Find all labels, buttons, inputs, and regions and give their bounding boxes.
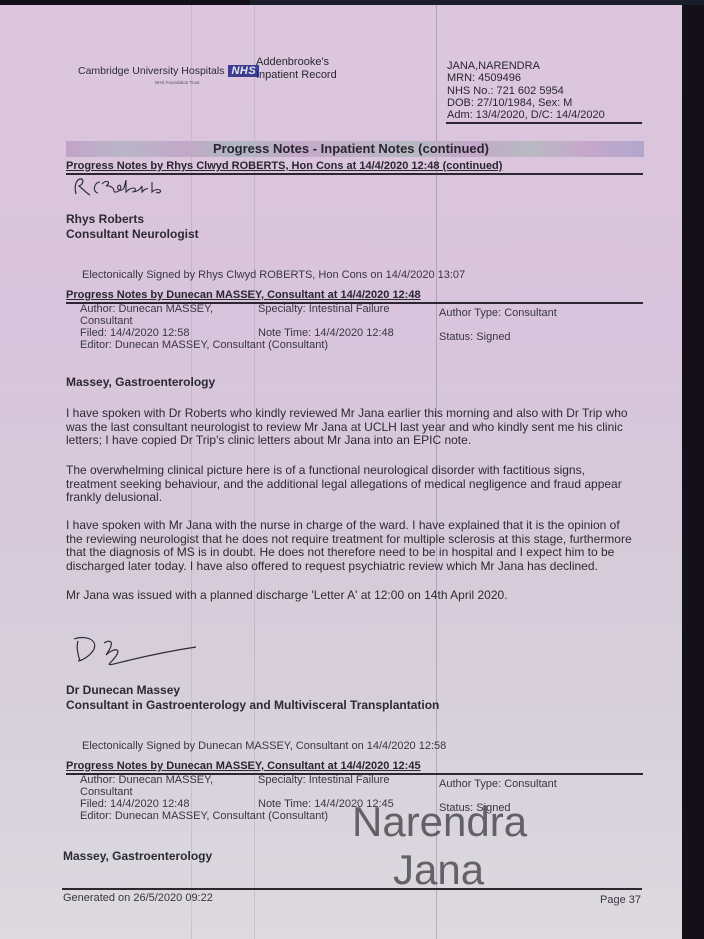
- note-specialty: Specialty: Intestinal Failure: [258, 303, 389, 315]
- note-paragraph: Mr Jana was issued with a planned discha…: [66, 589, 508, 603]
- watermark-line-1: Narendra: [352, 798, 527, 846]
- note-heading: Massey, Gastroenterology: [66, 376, 215, 390]
- patient-name: JANA,NARENDRA: [447, 60, 605, 72]
- note-author-role: Consultant: [80, 786, 328, 798]
- text-line: The overwhelming clinical picture here i…: [66, 464, 622, 478]
- note-specialty: Specialty: Intestinal Failure: [258, 774, 389, 786]
- text-line: I have spoken with Mr Jana with the nurs…: [66, 519, 632, 533]
- page-number: Page 37: [600, 894, 641, 906]
- header-divider: [446, 122, 642, 124]
- patient-nhs-number: NHS No.: 721 602 5954: [447, 85, 605, 97]
- note-editor: Editor: Dunecan MASSEY, Consultant (Cons…: [80, 339, 328, 351]
- esignature-line: Electonically Signed by Rhys Clwyd ROBER…: [82, 269, 465, 281]
- note-title: Progress Notes by Dunecan MASSEY, Consul…: [66, 760, 421, 772]
- org-logo: Cambridge University HospitalsNHS: [78, 65, 259, 77]
- generated-date: Generated on 26/5/2020 09:22: [63, 892, 213, 904]
- signer-name: Dr Dunecan Massey: [66, 683, 439, 698]
- note-paragraph: The overwhelming clinical picture here i…: [66, 464, 622, 505]
- text-line: letters; I have copied Dr Trip's clinic …: [66, 434, 628, 448]
- section-band-title: Progress Notes - Inpatient Notes (contin…: [213, 141, 489, 156]
- note-title: Progress Notes by Rhys Clwyd ROBERTS, Ho…: [66, 160, 502, 172]
- note-author-type: Author Type: Consultant: [439, 307, 557, 319]
- nhs-logo-icon: NHS: [228, 65, 259, 77]
- text-line: Mr Jana was issued with a planned discha…: [66, 589, 508, 603]
- handwritten-signature-roberts-icon: [70, 174, 180, 200]
- patient-dob: DOB: 27/10/1984, Sex: M: [447, 97, 605, 109]
- watermark-line-2: Jana: [393, 846, 484, 894]
- note-status: Status: Signed: [439, 331, 511, 343]
- note-time: Note Time: 14/4/2020 12:48: [258, 327, 394, 339]
- patient-info: JANA,NARENDRA MRN: 4509496 NHS No.: 721 …: [447, 60, 605, 121]
- signer-block: Dr Dunecan Massey Consultant in Gastroen…: [66, 683, 439, 713]
- text-line: treatment seeking behaviour, and the add…: [66, 478, 622, 492]
- text-line: that the diagnosis of MS is in doubt. He…: [66, 546, 632, 560]
- footer-divider: [62, 888, 642, 890]
- signer-block: Rhys Roberts Consultant Neurologist: [66, 212, 199, 242]
- document-page: Cambridge University HospitalsNHS NHS Fo…: [0, 5, 682, 939]
- note-paragraph: I have spoken with Dr Roberts who kindly…: [66, 407, 628, 448]
- text-line: was the last consultant neurologist to r…: [66, 421, 628, 435]
- note-editor: Editor: Dunecan MASSEY, Consultant (Cons…: [80, 810, 328, 822]
- signer-role: Consultant Neurologist: [66, 227, 199, 242]
- patient-admission: Adm: 13/4/2020, D/C: 14/4/2020: [447, 109, 605, 121]
- text-line: discharged later today. I have also offe…: [66, 560, 632, 574]
- note-heading: Massey, Gastroenterology: [63, 850, 212, 864]
- signer-name: Rhys Roberts: [66, 212, 199, 227]
- note-author-type: Author Type: Consultant: [439, 778, 557, 790]
- note-author-role: Consultant: [80, 315, 328, 327]
- org-name: Cambridge University Hospitals: [78, 65, 224, 77]
- record-line-2: Inpatient Record: [256, 69, 337, 82]
- record-type: Addenbrooke's Inpatient Record: [256, 56, 337, 82]
- nhs-trust-label: NHS Foundation Trust: [155, 80, 200, 85]
- note-title: Progress Notes by Dunecan MASSEY, Consul…: [66, 289, 421, 301]
- text-line: frankly delusional.: [66, 491, 622, 505]
- note-paragraph: I have spoken with Mr Jana with the nurs…: [66, 519, 632, 573]
- signer-role: Consultant in Gastroenterology and Multi…: [66, 698, 439, 713]
- esignature-line: Electonically Signed by Dunecan MASSEY, …: [82, 740, 446, 752]
- record-line-1: Addenbrooke's: [256, 56, 337, 69]
- patient-mrn: MRN: 4509496: [447, 72, 605, 84]
- text-line: I have spoken with Dr Roberts who kindly…: [66, 407, 628, 421]
- handwritten-signature-massey-icon: [70, 633, 200, 673]
- text-line: the reviewing neurologist that he does n…: [66, 533, 632, 547]
